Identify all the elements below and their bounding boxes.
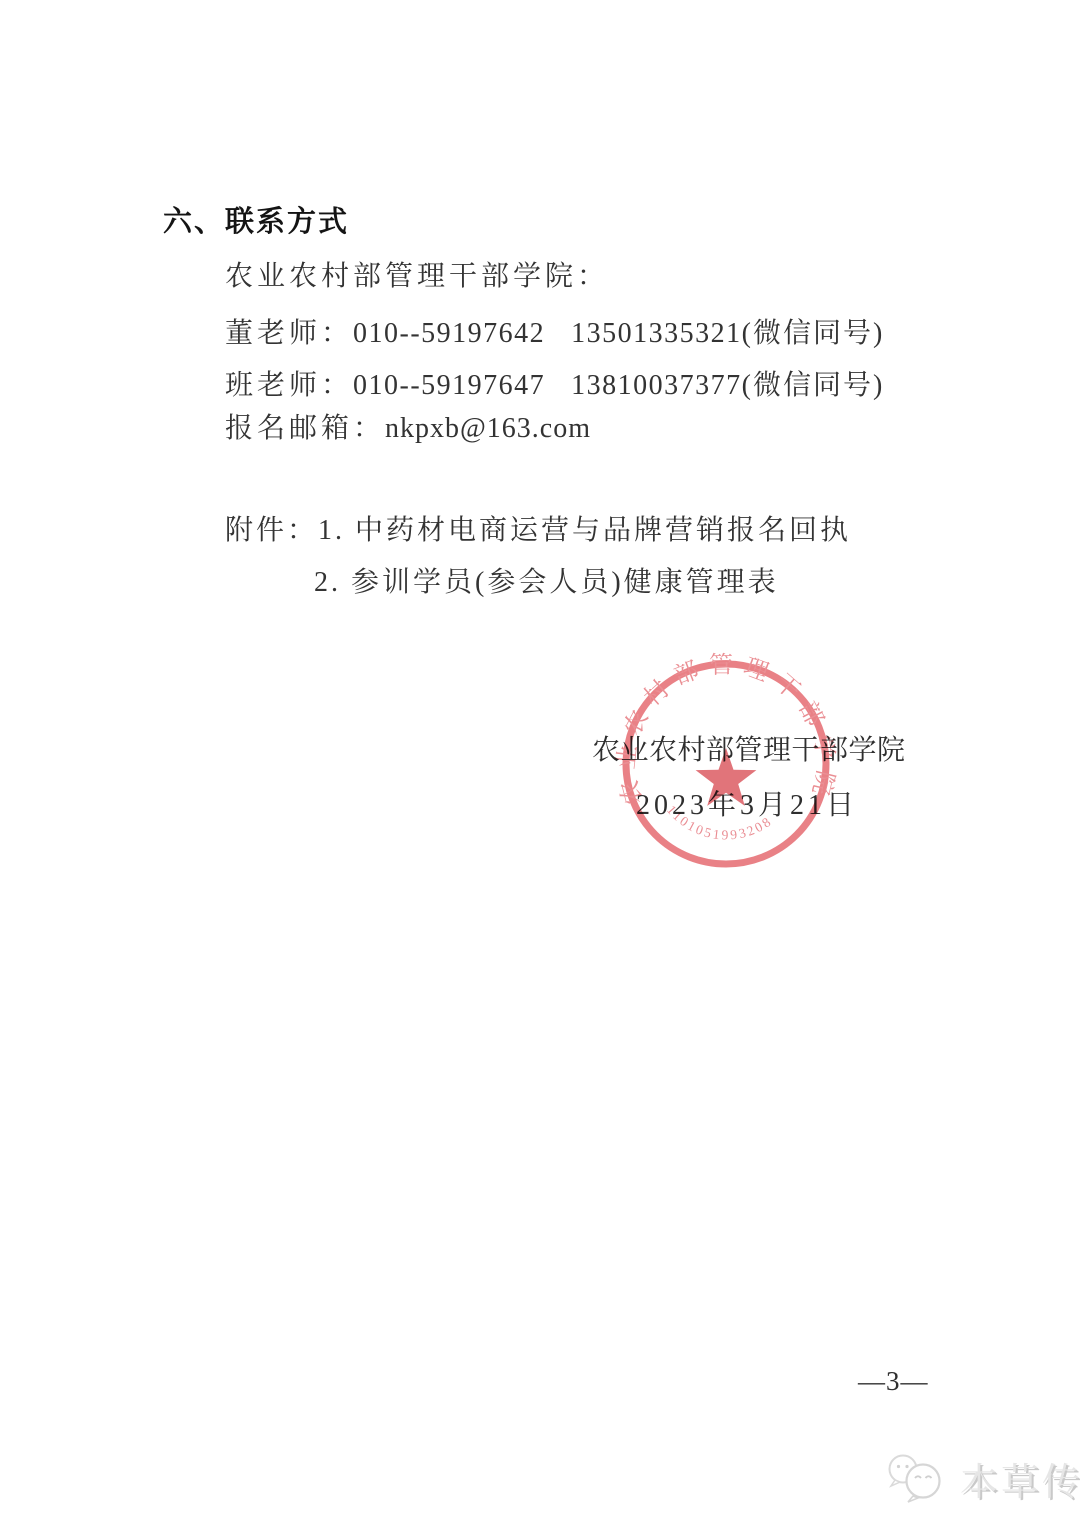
- wechat-icon: [882, 1450, 950, 1506]
- teacher1-wechat-note: (微信同号): [742, 318, 885, 349]
- star-icon: [696, 748, 757, 806]
- teacher-line-2: 班老师：010--5919764713810037377(微信同号): [225, 363, 884, 403]
- seal-number: 1101051993208: [664, 802, 775, 842]
- teacher2-wechat-note: (微信同号): [742, 370, 885, 401]
- teacher1-mobile: 13501335321: [571, 318, 742, 349]
- section-heading: 六、联系方式: [163, 199, 349, 240]
- email-line: 报名邮箱：nkpxb@163.com: [225, 406, 591, 446]
- teacher1-phone: 010--59197642: [353, 318, 545, 349]
- teacher1-label: 董老师：: [225, 318, 353, 349]
- institution-label: 农业农村部管理干部学院：: [225, 261, 609, 292]
- official-seal: 农业农村部管理干部学院 1101051993208: [611, 649, 841, 879]
- attachment-line-1: 附件：1. 中药材电商运营与品牌营销报名回执: [225, 508, 851, 548]
- teacher2-phone: 010--59197647: [353, 370, 545, 401]
- teacher2-mobile: 13810037377: [571, 370, 742, 401]
- official-seal-graphic: 农业农村部管理干部学院 1101051993208: [611, 649, 841, 879]
- attachment-item-1: 1. 中药材电商运营与品牌营销报名回执: [318, 515, 851, 546]
- email-value: nkpxb@163.com: [385, 413, 591, 444]
- attachments-label: 附件：: [225, 515, 318, 546]
- document-page: 六、联系方式 农业农村部管理干部学院： 董老师：010--59197642135…: [0, 0, 1080, 1525]
- watermark-text: 本草传承: [960, 1451, 1080, 1506]
- attachment-line-2: 2. 参训学员(参会人员)健康管理表: [314, 560, 779, 600]
- email-label: 报名邮箱：: [225, 413, 385, 444]
- teacher-line-1: 董老师：010--5919764213501335321(微信同号): [225, 311, 884, 351]
- teacher2-label: 班老师：: [225, 370, 353, 401]
- page-number: —3—: [858, 1366, 929, 1397]
- contact-institution-line: 农业农村部管理干部学院：: [225, 254, 609, 294]
- watermark: 本草传承: [882, 1448, 1080, 1508]
- attachment-item-2: 2. 参训学员(参会人员)健康管理表: [314, 567, 779, 598]
